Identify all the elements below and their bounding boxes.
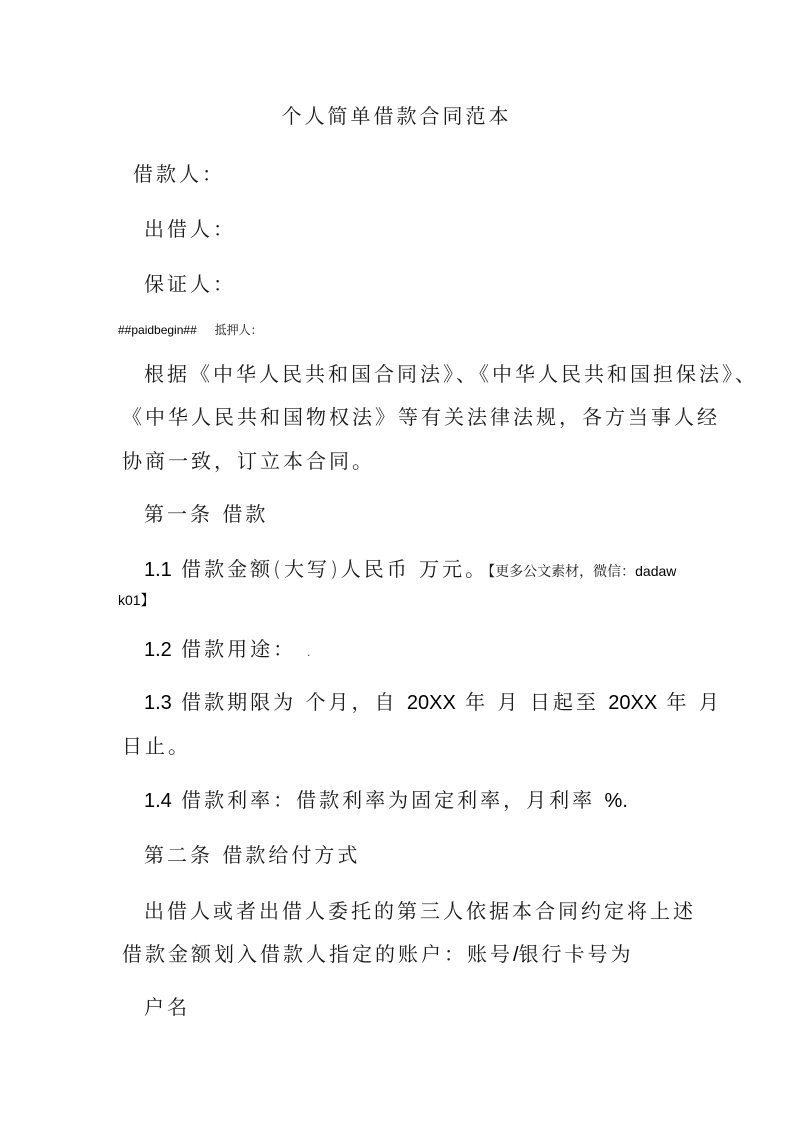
lender-label: 出借人：: [144, 217, 236, 241]
year-placeholder: 20XX: [407, 692, 456, 714]
article-2-line-2: 借款金额划入借款人指定的账户：账号/银行卡号为: [122, 942, 634, 967]
article-1-heading: 第一条 借款: [144, 502, 268, 526]
promo-note-id: dadaw: [635, 563, 676, 579]
clause-1-4: 1.4 借款利率：借款利率为固定利率，月利率 %.: [144, 788, 628, 813]
article-2-line-1: 出借人或者出借人委托的第三人依据本合同约定将上述: [144, 899, 696, 923]
clause-1-3: 1.3 借款期限为 个月，自 20XX 年 月 日起至 20XX 年 月: [144, 690, 722, 715]
clause-number: 1.1: [144, 559, 172, 581]
preamble-line-1: 根据《中华人民共和国合同法》、《中华人民共和国担保法》、: [144, 362, 758, 386]
clause-text: 借款期限为 个月，自: [181, 690, 407, 714]
clause-1-1: 1.1 借款金额(大写)人民币 万元。【更多公文素材，微信：dadaw: [144, 557, 676, 584]
clause-text: 年 月: [657, 690, 722, 714]
mortgagor-row: ##paidbegin## 抵押人：: [118, 322, 263, 338]
preamble-line-3: 协商一致，订立本合同。: [122, 449, 375, 473]
year-placeholder: 20XX: [608, 692, 657, 714]
article-2-text: 借款金额划入借款人指定的账户：账号: [122, 942, 513, 966]
clause-text: 借款金额(大写)人民币 万元。: [181, 557, 488, 581]
paid-marker: ##paidbegin##: [118, 323, 197, 337]
clause-number: 1.3: [144, 692, 172, 714]
clause-number: 1.2: [144, 639, 172, 661]
clause-1-2: 1.2 借款用途： .: [144, 637, 315, 662]
guarantor-label: 保证人：: [144, 272, 236, 296]
clause-text: 年 月 日起至: [456, 690, 608, 714]
promo-note-wrap-text: k01】: [118, 592, 155, 608]
preamble-line-2: 《中华人民共和国物权法》等有关法律法规，各方当事人经: [122, 405, 720, 429]
clause-tail: %.: [605, 790, 628, 812]
account-name-label: 户名: [144, 995, 190, 1019]
article-2-heading: 第二条 借款给付方式: [144, 843, 360, 867]
clause-number: 1.4: [144, 790, 172, 812]
clause-text: 借款用途： .: [181, 637, 315, 661]
borrower-label: 借款人：: [133, 162, 225, 186]
promo-note-wrap: k01】: [118, 588, 155, 613]
clause-1-3-wrap: 日止。: [122, 734, 191, 758]
document-title: 个人简单借款合同范本: [0, 104, 793, 128]
article-2-text: 银行卡号为: [519, 942, 634, 966]
clause-text: 借款利率：借款利率为固定利率，月利率: [181, 788, 604, 812]
mortgagor-label: 抵押人：: [215, 323, 263, 337]
promo-note: 【更多公文素材，微信：: [488, 564, 635, 580]
